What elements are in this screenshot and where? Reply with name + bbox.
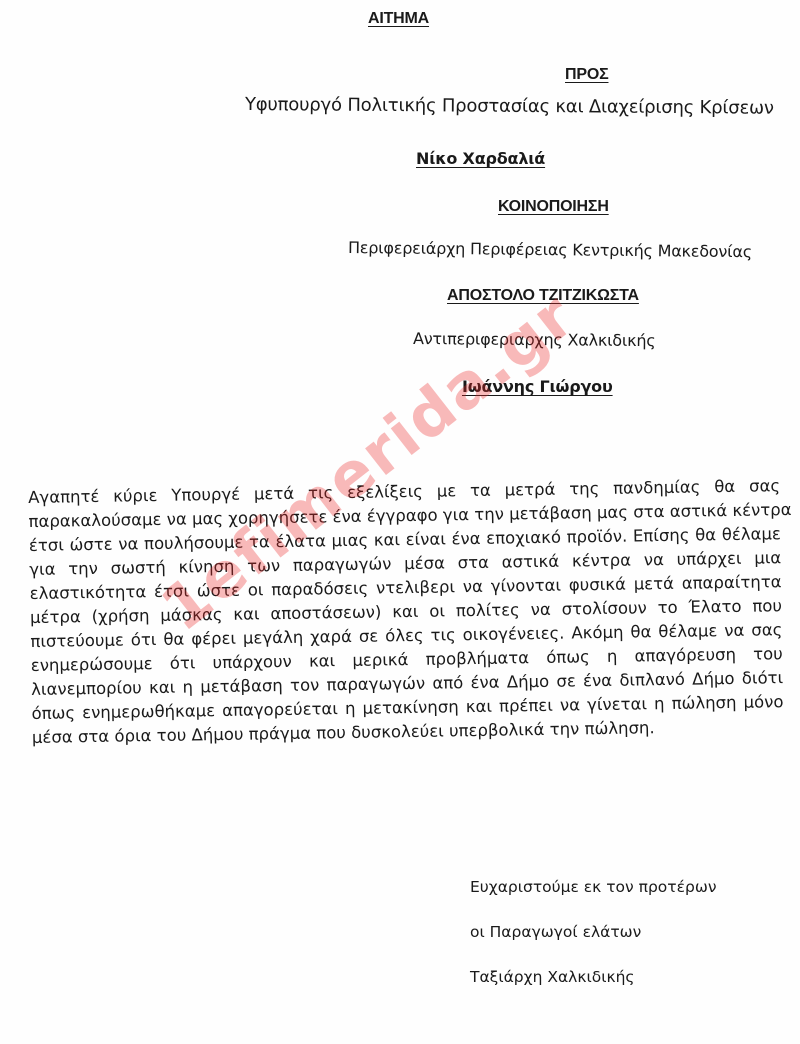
closing-location: Ταξιάρχη Χαλκιδικής [470, 966, 716, 1011]
letter-body: Αγαπητέ κύριε Υπουργέ μετά τις εξελίξεις… [28, 474, 784, 750]
cc-deputy-position: Αντιπεριφεριαρχης Χαλκιδικής [413, 329, 656, 350]
scanned-letter-page: ΑΙΤΗΜΑ ΠΡΟΣ Υφυπουργό Πολιτικής Προστασί… [0, 0, 800, 1044]
cc-label: ΚΟΙΝΟΠΟΙΗΣΗ [498, 198, 609, 216]
closing-signatory: οι Παραγωγοί ελάτων [470, 921, 716, 966]
recipient-name: Νίκο Χαρδαλιά [416, 149, 545, 168]
cc-deputy-name: Ιωάννης Γιώργου [462, 377, 613, 396]
document-title: ΑΙΤΗΜΑ [368, 10, 429, 28]
recipient-label: ΠΡΟΣ [565, 66, 608, 84]
cc-position: Περιφερειάρχη Περιφέρειας Κεντρικής Μακε… [348, 238, 752, 261]
recipient-position: Υφυπουργό Πολιτικής Προστασίας και Διαχε… [245, 94, 774, 119]
cc-name: ΑΠΟΣΤΟΛΟ ΤΖΙΤΖΙΚΩΣΤΑ [447, 287, 639, 305]
closing-thanks: Ευχαριστούμε εκ τον προτέρων [470, 876, 716, 921]
letter-closing: Ευχαριστούμε εκ τον προτέρων οι Παραγωγο… [470, 876, 716, 1011]
